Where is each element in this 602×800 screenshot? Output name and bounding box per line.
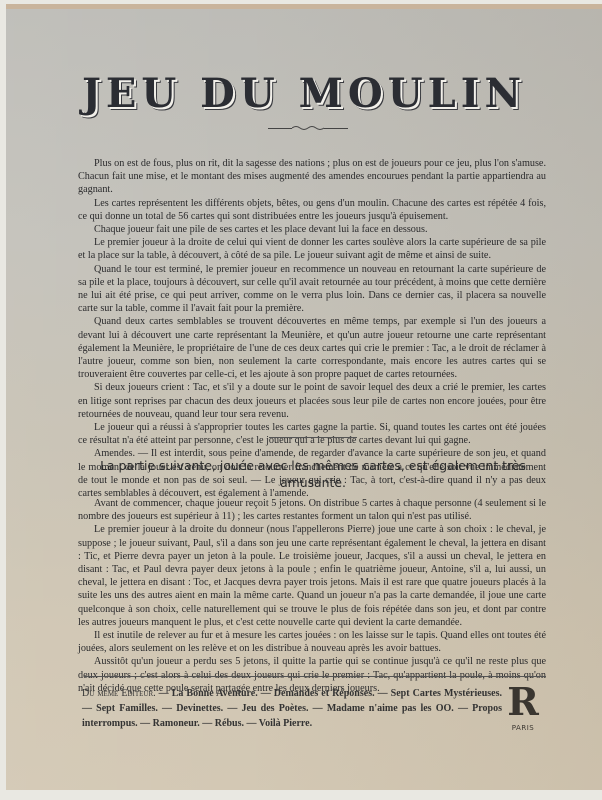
rules-paragraph: Quand deux cartes semblables se trouvent… — [78, 315, 546, 381]
monogram: R — [498, 680, 548, 724]
rules-paragraph: Les cartes représentent les différents o… — [78, 197, 546, 223]
section-divider — [269, 437, 357, 438]
rules-section: Plus on est de fous, plus on rit, dit la… — [78, 157, 546, 500]
document-page: JEU DU MOULIN Plus on est de fous, plus … — [6, 4, 602, 790]
variant-heading: La partie suivante, jouée avec les mêmes… — [88, 457, 538, 491]
rules-paragraph: Le joueur qui a réussi à s'approprier to… — [78, 421, 546, 447]
page-edge — [6, 4, 602, 9]
footer-lead: Du même Editeur. — [82, 688, 156, 699]
variant-paragraph: Avant de commencer, chaque joueur reçoit… — [78, 497, 546, 523]
variant-paragraph: Il est inutile de relever au fur et à me… — [78, 629, 546, 655]
publisher-city: PARIS — [498, 724, 548, 732]
rules-paragraph: Plus on est de fous, plus on rit, dit la… — [78, 157, 546, 197]
rules-paragraph: Le premier joueur à la droite de celui q… — [78, 236, 546, 262]
publisher-footer: Du même Editeur. — La Bonne Aventure. — … — [82, 686, 502, 731]
footer-divider — [84, 676, 546, 677]
title-ornament-icon — [268, 125, 348, 131]
rules-paragraph: Si deux joueurs crient : Tac, et s'il y … — [78, 381, 546, 421]
rules-paragraph: Quand le tour est terminé, le premier jo… — [78, 263, 546, 316]
rules-paragraph: Chaque joueur fait une pile de ses carte… — [78, 223, 546, 236]
page-title: JEU DU MOULIN — [6, 70, 602, 117]
publisher-monogram-icon: R PARIS — [498, 680, 548, 740]
variant-paragraph: Le premier joueur à la droite du donneur… — [78, 523, 546, 629]
variant-section: Avant de commencer, chaque joueur reçoit… — [78, 497, 546, 695]
